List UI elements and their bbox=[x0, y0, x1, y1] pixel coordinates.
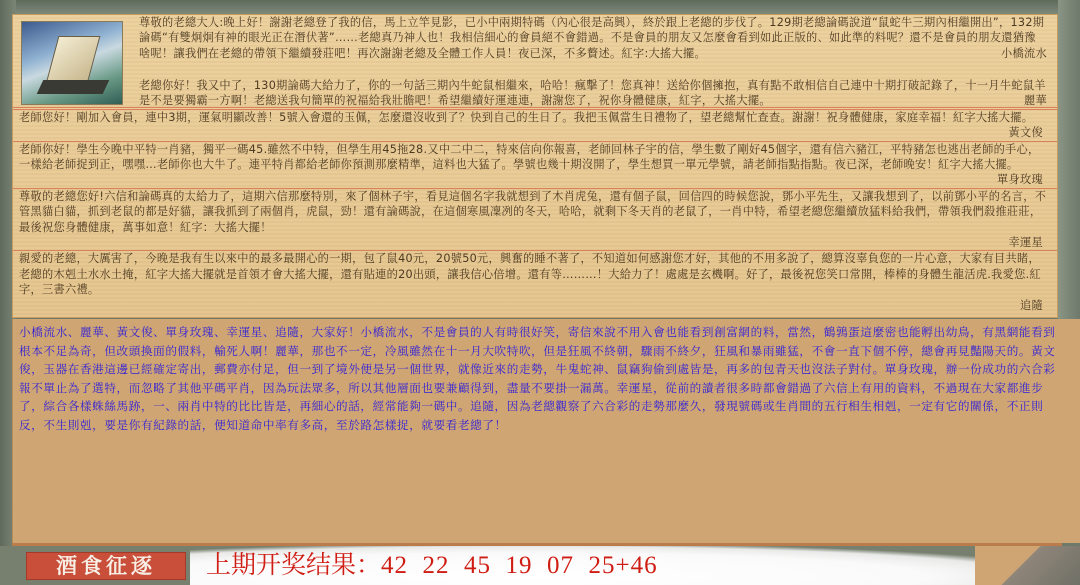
letter-signature: 幸運星 bbox=[19, 235, 1047, 250]
letter-text: 尊敬的老總大人:晚上好！謝謝老總登了我的信，馬上立竿見影，已小中兩期特碼（內心很… bbox=[139, 16, 1044, 60]
frame-right bbox=[1058, 0, 1080, 330]
footer-bar: 酒食征逐 上期开奖结果：42 22 45 19 07 25+46 bbox=[0, 546, 1080, 585]
letter-5: 尊敬的老總您好!六信和論碼真的太給力了，這期六信那麼特別，來了個林子宇，看見這個… bbox=[13, 189, 1057, 252]
letter-text: 老師你好！學生今晚中平特一肖豬，獨平一碼45.雖然不中特，但學生用45拖28.又… bbox=[19, 143, 1040, 171]
reader-letters-panel: 尊敬的老總大人:晚上好！謝謝老總登了我的信，馬上立竿見影，已小中兩期特碼（內心很… bbox=[12, 14, 1058, 318]
letter-6: 親愛的老總，大厲害了，今晚是我有生以來中的最多最開心的一期，包了鼠40元，20號… bbox=[13, 251, 1057, 313]
letter-text: 老師您好！剛加入會員，連中3期，運氣明顯改善！5號入會還的玉佩，怎麼還沒收到了？… bbox=[19, 111, 1033, 124]
reply-text: 小橋流水、麗華、黃文俊、單身玫瑰、幸運星、追隨，大家好！小橋流水，不是會員的人有… bbox=[19, 325, 1055, 432]
letter-signature: 黃文俊 bbox=[19, 125, 1047, 140]
letter-text: 尊敬的老總您好!六信和論碼真的太給力了，這期六信那麼特別，來了個林子宇，看見這個… bbox=[19, 190, 1046, 234]
letter-text: 親愛的老總，大厲害了，今晚是我有生以來中的最多最開心的一期，包了鼠40元，20號… bbox=[19, 252, 1041, 296]
letter-text: 老總你好！我又中了，130期論碼大給力了，你的一句話三期內牛蛇鼠相繼來，哈哈！瘋… bbox=[139, 79, 1046, 107]
frame-top bbox=[0, 0, 1080, 14]
letter-signature: 麗華 bbox=[1024, 93, 1047, 108]
editor-reply: 小橋流水、麗華、黃文俊、單身玫瑰、幸運星、追隨，大家好！小橋流水，不是會員的人有… bbox=[12, 319, 1080, 543]
letter-3: 老師您好！剛加入會員，連中3期，運氣明顯改善！5號入會還的玉佩，怎麼還沒收到了？… bbox=[13, 110, 1057, 142]
letter-signature: 小橋流水 bbox=[1001, 46, 1047, 61]
sail-icon bbox=[46, 36, 101, 84]
letter-signature: 追隨 bbox=[19, 298, 1047, 313]
footer-corner bbox=[975, 546, 1080, 585]
letter-2: 老總你好！我又中了，130期論碼大給力了，你的一句話三期內牛蛇鼠相繼來，哈哈！瘋… bbox=[13, 78, 1057, 110]
last-draw-result: 上期开奖结果：42 22 45 19 07 25+46 bbox=[206, 550, 658, 582]
letter-signature: 單身玫瑰 bbox=[19, 172, 1047, 187]
letter-4: 老師你好！學生今晚中平特一肖豬，獨平一碼45.雖然不中特，但學生用45拖28.又… bbox=[13, 142, 1057, 189]
result-label: 上期开奖结果： bbox=[206, 552, 381, 579]
section-label: 酒食征逐 bbox=[26, 552, 186, 580]
result-numbers: 42 22 45 19 07 25+46 bbox=[381, 552, 658, 579]
